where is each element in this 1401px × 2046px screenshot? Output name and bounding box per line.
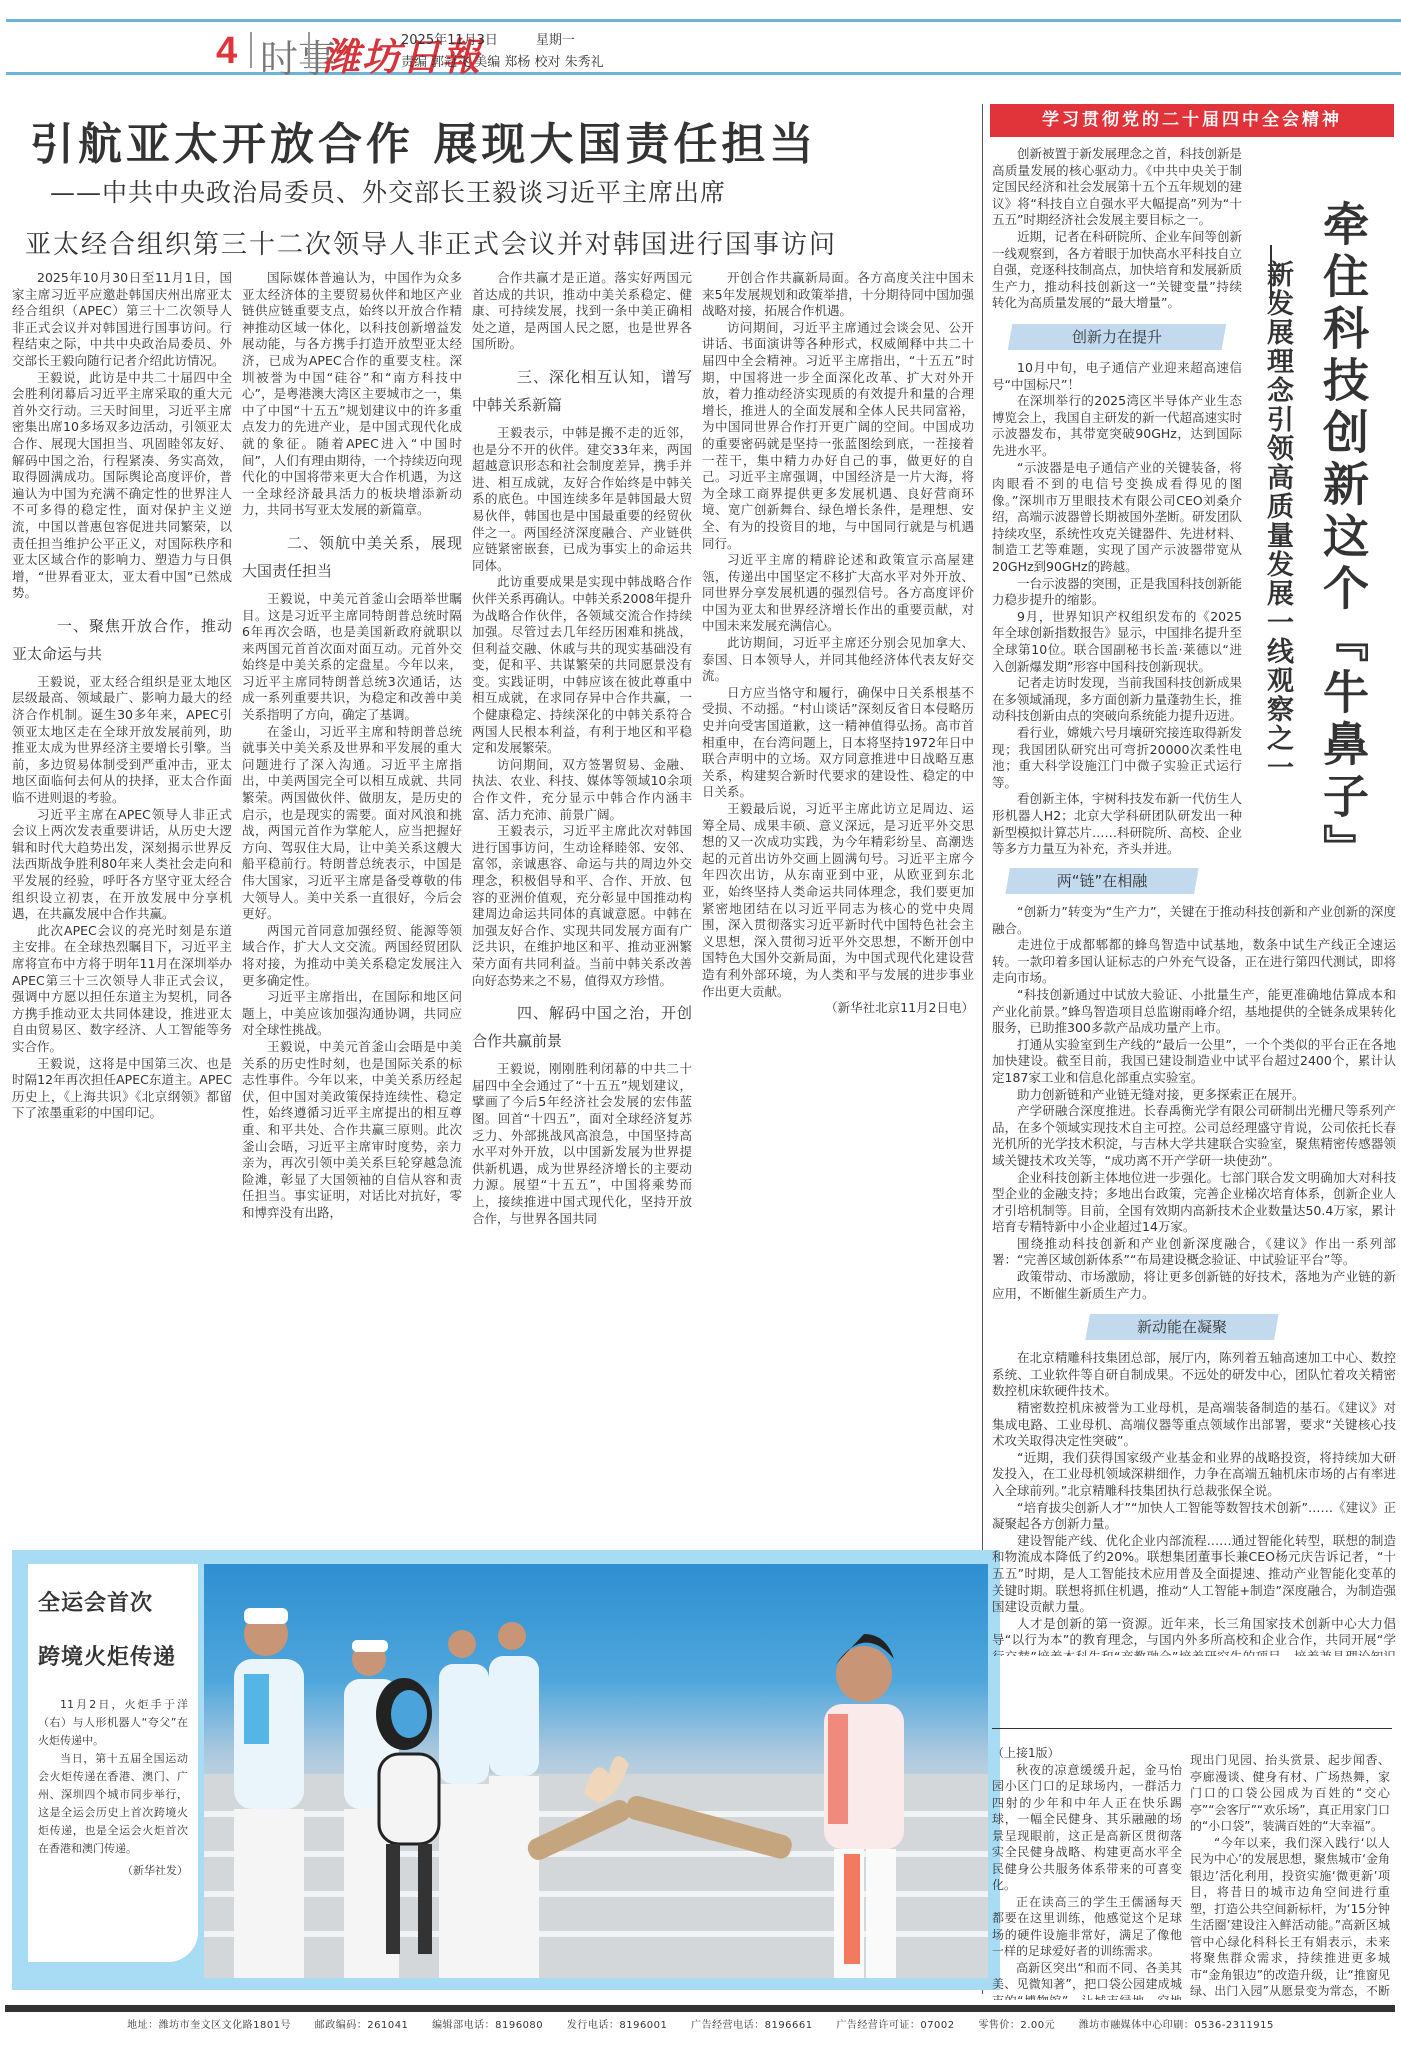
paragraph: “培育拔尖创新人才”“加快人工智能等数智技术创新”……《建议》正凝聚起各方创新力… — [992, 1500, 1396, 1533]
footer-rule — [5, 2005, 1395, 2012]
torch-relay-illustration — [204, 1564, 988, 1978]
divider — [308, 32, 310, 68]
staff-credits: 责编 郭冠飞 美编 郑杨 校对 朱秀礼 — [401, 52, 604, 74]
footer-postal-code: 邮政编码：261041 — [315, 2020, 409, 2031]
paragraph: “今年以来，我们深入践行‘以人民为中心’的发展思想，聚焦城市‘金角银边’活化利用… — [1190, 1835, 1390, 2001]
article-column-3: 合作共赢才是正道。落实好两国元首达成的共识，推动中美关系稳定、健康、可持续发展，… — [472, 270, 692, 1540]
dateline-credit: （新华社北京11月2日电） — [702, 1000, 974, 1017]
section-heading: 四、解码中国之治，开创合作共赢前景 — [472, 999, 692, 1055]
paragraph: 看创新主体，宇树科技发布新一代仿生人形机器人H2；北京大学科研团队研发出一种新型… — [992, 791, 1242, 856]
paragraph: 正在读高三的学生王儒涵每天都要在这里训练，他感觉这个足球场的硬件设施非常好，满足… — [992, 1894, 1182, 1960]
paragraph: 打通从实验室到生产线的“最后一公里”，一个个类似的平台正在各地加快建设。截至目前… — [992, 1037, 1396, 1087]
paragraph: 产学研融合深度推进。长春禹衡光学有限公司研制出光栅尺等系列产品，在多个领域实现技… — [992, 1103, 1396, 1169]
issue-weekday: 星期一 — [536, 33, 575, 48]
footer-editorial-phone: 编辑部电话：8196080 — [432, 2020, 543, 2031]
section-heading: 二、领航中美关系，展现大国责任担当 — [242, 529, 462, 585]
paragraph: 习近平主席在APEC领导人非正式会议上两次发表重要讲话，从历史大逻辑和时代大趋势… — [12, 807, 232, 923]
paragraph: 助力创新链和产业链无缝对接，更多探索正在展开。 — [992, 1087, 1396, 1104]
paragraph: 访问期间，习近平主席通过会谈会见、公开讲话、书面演讲等各种形式，权威阐释中共二十… — [702, 320, 974, 552]
article-column-2: 国际媒体普遍认为，中国作为众多亚太经济体的主要贸易伙伴和地区产业链供应链重要支点… — [242, 270, 462, 1540]
main-subhead: ——中共中央政治局委员、外交部长王毅谈习近平主席出席 — [50, 173, 726, 209]
paragraph: 在深圳举行的2025湾区半导体产业生态博览会上，我国自主研发的新一代超高速实时示… — [992, 393, 1242, 459]
section-heading: 三、深化相互认知，谱写中韩关系新篇 — [472, 363, 692, 419]
paragraph: 开创合作共赢新局面。各方高度关注中国未来5年发展规划和政策举措，十分期待同中国加… — [702, 270, 974, 320]
article-column-4: 开创合作共赢新局面。各方高度关注中国未来5年发展规划和政策举措，十分期待同中国加… — [702, 270, 974, 1540]
sidebar-column-top: 创新被置于新发展理念之首，科技创新是高质量发展的核心驱动力。《中共中央关于制定国… — [992, 146, 1242, 856]
sidebar-subtitle: 新发展理念引领高质量发展一线观察之一 — [1258, 260, 1297, 782]
paragraph: 秋夜的凉意缓缓升起，金马怡园小区门口的足球场内，一群活力四射的少年和中年人正在快… — [992, 1762, 1182, 1894]
photo-credit: （新华社发） — [38, 1862, 188, 1880]
continued-column-1: （上接1版） 秋夜的凉意缓缓升起，金马怡园小区门口的足球场内，一群活力四射的少年… — [992, 1745, 1182, 2000]
paragraph: 王毅说，亚太经合组织是亚太地区层级最高、领域最广、影响力最大的经济合作机制。诞生… — [12, 674, 232, 807]
photo-title-line-2: 跨境火炬传递 — [38, 1630, 188, 1684]
paragraph: 此访期间，习近平主席还分别会见加拿大、泰国、日本领导人，并同其他经济体代表友好交… — [702, 635, 974, 685]
paragraph: 王毅表示，习近平主席此次对韩国进行国事访问，生动诠释睦邻、安邻、富邻，亲诚惠容、… — [472, 823, 692, 989]
continued-from-label: （上接1版） — [992, 1745, 1182, 1762]
paragraph: 王毅说，这将是中国第三次、也是时隔12年再次担任APEC东道主。APEC历史上，… — [12, 1056, 232, 1122]
divider — [250, 32, 252, 68]
continued-column-2: 现出门见园、抬头赏景、起步闻香、亭廊漫谈、健身有材、广场热舞，家门口的口袋公园成… — [1190, 1752, 1390, 2000]
paragraph: 王毅说，此访是中共二十届四中全会胜利闭幕后习近平主席采取的重大元首外交行动。三天… — [12, 370, 232, 602]
photo-caption: 11月2日，火炬手于洋（右）与人形机器人“夸父”在火炬传递中。 当日，第十五届全… — [38, 1696, 188, 1880]
footer-ad-phone: 广告经营电话：8196661 — [691, 2020, 813, 2031]
footer-ad-license: 广告经营许可证：07002 — [836, 2020, 954, 2031]
subsection-heading: 新动能在凝聚 — [1072, 1314, 1292, 1340]
sidebar-banner: 学习贯彻党的二十届四中全会精神 — [990, 104, 1394, 137]
paragraph: 习近平主席的精辟论述和政策宣示高屋建瓴，传递出中国坚定不移扩大高水平对外开放、同… — [702, 552, 974, 635]
section-heading: 一、聚焦开放合作，推动亚太命运与共 — [12, 612, 232, 668]
paragraph: 国际媒体普遍认为，中国作为众多亚太经济体的主要贸易伙伴和地区产业链供应链重要支点… — [242, 270, 462, 519]
article-column-1: 2025年10月30日至11月1日，国家主席习近平应邀赴韩国庆州出席亚太经合组织… — [12, 270, 232, 1540]
issue-meta: 2025年11月3日星期一 责编 郭冠飞 美编 郑杨 校对 朱秀礼 — [401, 30, 604, 74]
paragraph: 记者走访时发现，当前我国科技创新成果在多领域涌现，多方面创新力量蓬勃生长，推动科… — [992, 675, 1242, 725]
paragraph: 王毅最后说，习近平主席此访立足周边、运筹全局、成果丰硕、意义深远，是习近平外交思… — [702, 801, 974, 1000]
sidebar-column-bottom: 两“链”在相融 “创新力”转变为“生产力”，关键在于推动科技创新和产业创新的深度… — [992, 856, 1396, 1656]
paragraph: 政策带动、市场激励，将让更多创新链的好技术，落地为产业链的新应用，不断催生新质生… — [992, 1269, 1396, 1302]
paragraph: 王毅表示，中韩是搬不走的近邻，也是分不开的伙伴。建交33年来，两国超越意识形态和… — [472, 425, 692, 574]
torch-relay-photo — [204, 1564, 988, 1978]
paragraph: 此次APEC会议的亮光时刻是东道主安排。在全球热烈瞩目下，习近平主席将宣布中方将… — [12, 923, 232, 1056]
main-headline: 引航亚太开放合作 展现大国责任担当 — [30, 108, 970, 172]
page-number: 4 — [216, 30, 237, 73]
paragraph: 现出门见园、抬头赏景、起步闻香、亭廊漫谈、健身有材、广场热舞，家门口的口袋公园成… — [1190, 1752, 1390, 1835]
paragraph: 10月中旬，电子通信产业迎来超高速信号“中国标尺”！ — [992, 360, 1242, 393]
main-subhead-2: 亚太经合组织第三十二次领导人非正式会议并对韩国进行国事访问 — [25, 224, 837, 261]
paragraph: 精密数控机床被誉为工业母机，是高端装备制造的基石。《建议》对集成电路、工业母机、… — [992, 1400, 1396, 1450]
paragraph: 在北京精雕科技集团总部，展厅内，陈列着五轴高速加工中心、数控系统、工业软件等自研… — [992, 1350, 1396, 1400]
caption-paragraph: 当日，第十五届全国运动会火炬传递在香港、澳门、广州、深圳四个城市同步举行，这是全… — [38, 1750, 188, 1858]
sidebar-headline: 牵住科技创新这个『牛鼻子』 — [1310, 200, 1376, 876]
footer-distribution-phone: 发行电话：8196001 — [567, 2020, 668, 2031]
footer-price: 零售价：2.00元 — [978, 2020, 1055, 2031]
paragraph: 王毅说，刚刚胜利闭幕的中共二十届四中全会通过了“十五五”规划建议，擘画了今后5年… — [472, 1061, 692, 1227]
paragraph: 此访重要成果是实现中韩战略合作伙伴关系再确认。中韩关系2008年提升为战略合作伙… — [472, 574, 692, 757]
caption-paragraph: 11月2日，火炬手于洋（右）与人形机器人“夸父”在火炬传递中。 — [38, 1696, 188, 1750]
issue-date: 2025年11月3日 — [401, 33, 498, 48]
paragraph: 企业科技创新主体地位进一步强化。七部门联合发文明确加大对科技型企业的金融支持；多… — [992, 1170, 1396, 1236]
paragraph: 人才是创新的第一资源。近年来，长三角国家技术创新中心大力倡导“以行为本”的教育理… — [992, 1616, 1396, 1656]
paragraph: 王毅说，中美元首釜山会晤是中美关系的历史性时刻，也是国际关系的标志性事件。今年以… — [242, 1039, 462, 1222]
paragraph: 围绕推动科技创新和产业创新深度融合，《建议》作出一系列部署：“完善区域创新体系”… — [992, 1236, 1396, 1269]
paragraph: 在釜山，习近平主席和特朗普总统就事关中美关系及世界和平发展的重大问题进行了深入沟… — [242, 724, 462, 923]
paragraph: “科技创新通过中试放大验证、小批量生产，能更准确地估算成本和产业化前景。”蜂鸟智… — [992, 987, 1396, 1037]
paragraph: 看行业，嫦娥六号月壤研究接连取得新发现；我国团队研究出可弯折20000次柔性电池… — [992, 725, 1242, 791]
paragraph: “示波器是电子通信产业的关键装备，将肉眼看不到的电信号变换成看得见的图像。”深圳… — [992, 460, 1242, 576]
paragraph: 近期，记者在科研院所、企业车间等创新一线观察到，各方着眼于加快高水平科技自立自强… — [992, 229, 1242, 312]
subsection-heading: 创新力在提升 — [992, 324, 1242, 350]
paragraph: 9月，世界知识产权组织发布的《2025年全球创新指数报告》显示，中国排名提升至全… — [992, 609, 1242, 675]
paragraph: 合作共赢才是正道。落实好两国元首达成的共识，推动中美关系稳定、健康、可持续发展，… — [472, 270, 692, 353]
paragraph: “创新力”转变为“生产力”，关键在于推动科技创新和产业创新的深度融合。 — [992, 904, 1396, 937]
paragraph: “近期，我们获得国家级产业基金和业界的战略投资，将持续加大研发投入，在工业母机领… — [992, 1450, 1396, 1500]
paragraph: 习近平主席指出，在国际和地区问题上，中美应该加强沟通协调，共同应对全球性挑战。 — [242, 989, 462, 1039]
paragraph: 一台示波器的突围，正是我国科技创新能力稳步提升的缩影。 — [992, 576, 1242, 609]
paragraph: 两国元首同意加强经贸、能源等领域合作，扩大人文交流。两国经贸团队将对接，为推动中… — [242, 923, 462, 989]
page-footer: 地址：潍坊市奎文区文化路1801号 邮政编码：261041 编辑部电话：8196… — [0, 2016, 1401, 2031]
paragraph: 访问期间，双方签署贸易、金融、执法、农业、科技、媒体等领域10余项合作文件，充分… — [472, 757, 692, 823]
footer-printer: 潍坊市融媒体中心印刷：0536-2311915 — [1079, 2020, 1274, 2031]
paragraph: 高新区突出“和而不同、各美其美、见微知著”，把口袋公园建成城市的“博物馆”，让城… — [992, 1960, 1182, 2001]
horizontal-divider — [992, 1728, 1392, 1729]
photo-title-line-1: 全运会首次 — [38, 1576, 188, 1630]
footer-address: 地址：潍坊市奎文区文化路1801号 — [127, 2020, 291, 2031]
subsection-heading: 两“链”在相融 — [992, 868, 1212, 894]
masthead: 4 时事 潍坊日報 2025年11月3日星期一 责编 郭冠飞 美编 郑杨 校对 … — [6, 19, 1401, 75]
paragraph: 创新被置于新发展理念之首，科技创新是高质量发展的核心驱动力。《中共中央关于制定国… — [992, 146, 1242, 229]
paragraph: 日方应当恪守和履行，确保中日关系根基不受损、不动摇。“村山谈话”深刻反省日本侵略… — [702, 685, 974, 801]
paragraph: 2025年10月30日至11月1日，国家主席习近平应邀赴韩国庆州出席亚太经合组织… — [12, 270, 232, 370]
paragraph: 走进位于成都郫都的蜂鸟智造中试基地，数条中试生产线正全速运转。一款印着多国认证标… — [992, 937, 1396, 987]
photo-caption-panel: 全运会首次 跨境火炬传递 11月2日，火炬手于洋（右）与人形机器人“夸父”在火炬… — [28, 1564, 198, 1962]
paragraph: 建设智能产线、优化企业内部流程……通过智能化转型，联想的制造和物流成本降低了约2… — [992, 1533, 1396, 1616]
paragraph: 王毅说，中美元首釜山会晤举世瞩目。这是习近平主席同特朗普总统时隔6年再次会晤，也… — [242, 591, 462, 724]
